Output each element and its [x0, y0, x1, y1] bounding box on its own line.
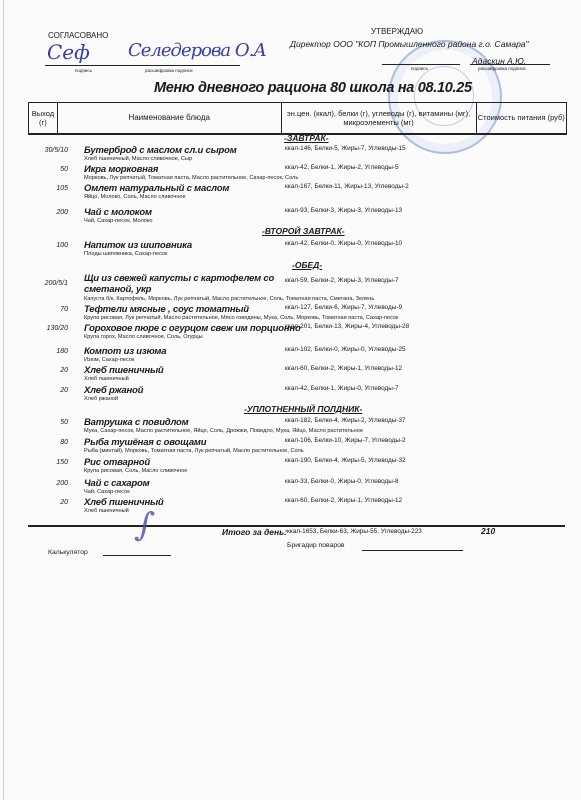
item-output: 50 — [60, 166, 68, 173]
item-name: Чай с молоком — [84, 207, 152, 218]
item-composition: Мука, Сахар-песок, Масло растительное, Я… — [84, 428, 363, 434]
section-title: -УПЛОТНЕННЫЙ ПОЛДНИК- — [244, 404, 362, 414]
total-cost: 210 — [481, 526, 495, 536]
right-caption-signature: подпись — [411, 66, 428, 71]
item-nutrition: ккал-127, Белки-6, Жиры-7, Углеводы-9 — [285, 304, 402, 311]
item-name: Рыба тушёная с овощами — [84, 437, 206, 448]
item-nutrition: ккал-33, Белки-0, Жиры-0, Углеводы-8 — [285, 478, 399, 485]
right-name-line — [470, 64, 550, 65]
item-composition: Яйцо, Молоко, Соль, Масло сливочное — [84, 194, 186, 200]
item-composition: Хлеб ржаной — [84, 396, 118, 402]
item-output: 130/20 — [47, 325, 68, 332]
right-caption-decode: расшифровка подписи — [478, 66, 525, 71]
item-output: 50 — [60, 419, 68, 426]
item-nutrition: ккал-93, Белки-3, Жиры-3, Углеводы-13 — [285, 207, 402, 214]
header-nutrition: эн.цен. (ккал), белки (г), углеводы (г),… — [282, 103, 477, 133]
chef-label: Бригадир поваров — [287, 542, 345, 549]
item-composition: Хлеб пшеничный — [84, 508, 129, 514]
item-nutrition: ккал-60, Белки-2, Жиры-1, Углеводы-12 — [285, 497, 402, 504]
calculator-signature-line — [103, 555, 171, 556]
director-line: Директор ООО "КОП Промышленного района г… — [290, 39, 529, 49]
calculator-label: Калькулятор — [48, 549, 88, 556]
item-nutrition: ккал-167, Белки-11, Жиры-13, Углеводы-2 — [285, 183, 409, 190]
item-output: 200 — [56, 480, 68, 487]
item-nutrition: ккал-146, Белки-5, Жиры-7, Углеводы-15 — [285, 145, 406, 152]
section-title: -ВТОРОЙ ЗАВТРАК- — [262, 226, 345, 236]
item-output: 20 — [60, 499, 68, 506]
item-nutrition: ккал-201, Белки-13, Жиры-4, Углеводы-28 — [285, 323, 409, 330]
left-signature-line — [45, 65, 240, 66]
item-nutrition: ккал-42, Белки-1, Жиры-2, Углеводы-5 — [285, 164, 399, 171]
item-output: 80 — [60, 439, 68, 446]
item-composition: Крупа рисовая, Лук репчатый, Масло расти… — [84, 315, 399, 321]
item-name: Ватрушка с повидлом — [84, 417, 189, 428]
chef-signature-line — [362, 550, 463, 551]
item-composition: Хлеб пшеничный, Масло сливочное, Сыр — [84, 156, 192, 162]
item-composition: Плоды шиповника, Сахар-песок — [84, 251, 168, 257]
item-output: 150 — [56, 459, 68, 466]
approve-label: УТВЕРЖДАЮ — [371, 27, 423, 36]
item-composition: Капуста б/к, Картофель, Морковь, Лук реп… — [84, 296, 374, 302]
item-output: 105 — [56, 185, 68, 192]
item-name: Щи из свежей капусты с картофелем со — [84, 273, 274, 284]
item-nutrition: ккал-190, Белки-4, Жиры-5, Углеводы-32 — [285, 457, 406, 464]
item-nutrition: ккал-102, Белки-0, Жиры-0, Углеводы-25 — [285, 346, 406, 353]
item-output: 70 — [60, 306, 68, 313]
item-output: 30/5/10 — [45, 147, 68, 154]
item-nutrition: ккал-106, Белки-10, Жиры-7, Углеводы-2 — [285, 437, 406, 444]
item-output: 200/5/1 — [45, 280, 68, 287]
total-label: Итого за день: — [222, 527, 287, 537]
item-name: Гороховое пюре с огурцом свеж им порцион… — [84, 323, 301, 334]
left-caption-signature: подпись — [75, 68, 92, 73]
table-header: Выход (г) Наименование блюда эн.цен. (кк… — [28, 102, 567, 135]
item-name: Компот из изюма — [84, 346, 166, 357]
right-signature-line — [382, 64, 460, 65]
item-name: Рис отварной — [84, 457, 150, 468]
section-title: -ЗАВТРАК- — [284, 133, 329, 143]
item-output: 20 — [60, 387, 68, 394]
scan-edge — [3, 0, 4, 800]
item-nutrition: ккал-60, Белки-2, Жиры-1, Углеводы-12 — [285, 365, 402, 372]
item-composition: Чай, Сахар-песок, Молоко — [84, 218, 153, 224]
item-name: Омлет натуральный с маслом — [84, 183, 229, 194]
item-nutrition: ккал-42, Белки-1, Жиры-0, Углеводы-7 — [285, 385, 399, 392]
item-name: Бутерброд с маслом сл.и сыром — [84, 145, 237, 156]
left-caption-decode: расшифровка подписи — [145, 68, 192, 73]
total-nutrition: ккал-1653, Белки-63, Жиры-55, Углеводы-2… — [287, 528, 422, 535]
item-composition: Рыба (минтай), Морковь, Томатная паста, … — [84, 448, 304, 454]
item-nutrition: ккал-42, Белки-0, Жиры-0, Углеводы-10 — [285, 240, 402, 247]
item-name: Хлеб пшеничный — [84, 365, 164, 376]
item-nutrition: ккал-59, Белки-2, Жиры-3, Углеводы-7 — [285, 277, 399, 284]
item-composition: Изюм, Сахар-песок — [84, 357, 134, 363]
header-cost: Стоимость питания (руб) — [477, 103, 567, 133]
item-composition: Чай, Сахар-песок — [84, 489, 130, 495]
left-signature-name: Селедерова О.А — [128, 40, 266, 61]
header-output: Выход (г) — [29, 103, 58, 133]
item-name: Тефтели мясные , соус томатный — [84, 304, 249, 315]
page-title: Меню дневного рациона 80 школа на 08.10.… — [154, 80, 472, 96]
item-output: 20 — [60, 367, 68, 374]
agreed-label: СОГЛАСОВАНО — [48, 31, 108, 40]
item-composition: Морковь, Лук репчатый, Томатная паста, М… — [84, 175, 298, 181]
item-name: Хлеб ржаной — [84, 385, 143, 396]
item-nutrition: ккал-182, Белки-4, Жиры-2, Углеводы-37 — [285, 417, 406, 424]
item-name: Чай с сахаром — [84, 478, 149, 489]
header-name: Наименование блюда — [58, 103, 282, 133]
item-output: 180 — [56, 348, 68, 355]
section-title: -ОБЕД- — [292, 260, 322, 270]
item-name-cont: сметаной, укр — [84, 284, 151, 295]
item-composition: Хлеб пшеничный — [84, 376, 129, 382]
item-composition: Крупа горох, Масло сливочное, Соль, Огур… — [84, 334, 203, 340]
item-name: Икра морковная — [84, 164, 158, 175]
calculator-signature: ∫ — [133, 504, 156, 546]
item-name: Напиток из шиповника — [84, 240, 192, 251]
left-signature: Сеф — [47, 40, 90, 64]
item-composition: Крупа рисовая, Соль, Масло сливочное — [84, 468, 187, 474]
item-output: 100 — [56, 242, 68, 249]
item-output: 200 — [56, 209, 68, 216]
